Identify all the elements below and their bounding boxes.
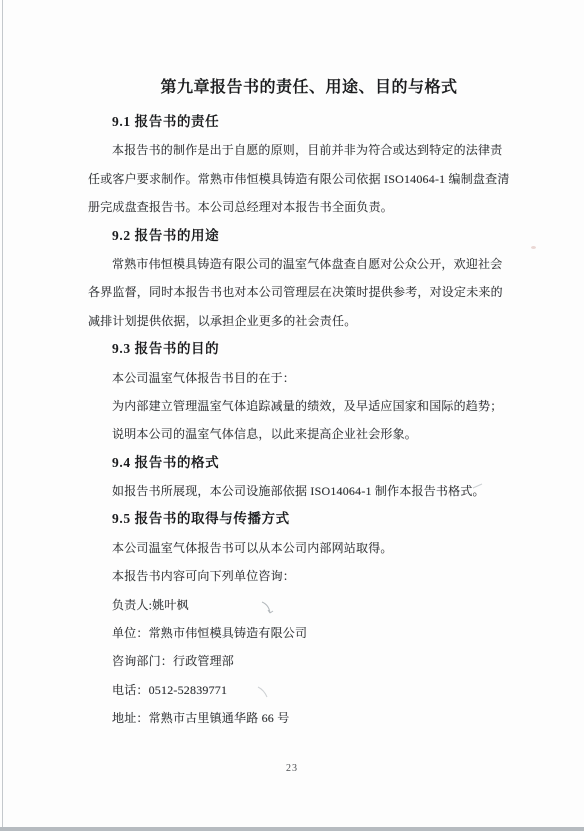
page-number: 23 (0, 763, 584, 774)
body-line: 本报告书内容可向下列单位咨询： (88, 562, 502, 590)
section-report-responsibility: 9.1 报告书的责任 本报告书的制作是出于自愿的原则，目前并非为符合或达到特定的… (88, 108, 502, 222)
contact-address-line: 地址：常熟市古里镇通华路 66 号 (88, 704, 502, 732)
body-line: 本公司温室气体报告书可以从本公司内部网站取得。 (88, 534, 502, 562)
section-heading-9-5: 9.5 报告书的取得与传播方式 (88, 505, 502, 533)
body-line: 为内部建立管理温室气体追踪减量的绩效，及早适应国家和国际的趋势； (88, 392, 502, 420)
scan-left-edge (2, 0, 3, 831)
section-heading-9-4: 9.4 报告书的格式 (88, 449, 502, 477)
section-report-purpose: 9.3 报告书的目的 本公司温室气体报告书目的在于： 为内部建立管理温室气体追踪… (88, 335, 502, 449)
body-line: 任或客户要求制作。常熟市伟恒模具铸造有限公司依据 ISO14064-1 编制盘查… (88, 165, 502, 193)
section-heading-9-2: 9.2 报告书的用途 (88, 222, 502, 250)
body-line: 说明本公司的温室气体信息，以此来提高企业社会形象。 (88, 420, 502, 448)
contact-company-line: 单位：常熟市伟恒模具铸造有限公司 (88, 619, 502, 647)
body-line: 各界监督，同时本报告书也对本公司管理层在决策时提供参考，对设定未来的 (88, 278, 502, 306)
section-heading-9-1: 9.1 报告书的责任 (88, 108, 502, 136)
section-report-format: 9.4 报告书的格式 如报告书所展现，本公司设施部依据 ISO14064-1 制… (88, 449, 502, 506)
body-line: 减排计划提供依据，以承担企业更多的社会责任。 (88, 307, 502, 335)
contact-person-line: 负责人:姚叶枫 (88, 591, 502, 619)
section-report-use: 9.2 报告书的用途 常熟市伟恒模具铸造有限公司的温室气体盘查自愿对公众公开，欢… (88, 222, 502, 336)
section-report-access: 9.5 报告书的取得与传播方式 本公司温室气体报告书可以从本公司内部网站取得。 … (88, 505, 502, 732)
contact-department-line: 咨询部门：行政管理部 (88, 647, 502, 675)
chapter-title: 第九章报告书的责任、用途、目的与格式 (102, 76, 516, 100)
body-line: 常熟市伟恒模具铸造有限公司的温室气体盘查自愿对公众公开，欢迎社会 (88, 250, 502, 278)
document-content: 第九章报告书的责任、用途、目的与格式 9.1 报告书的责任 本报告书的制作是出于… (88, 76, 502, 733)
body-line: 册完成盘查报告书。本公司总经理对本报告书全面负责。 (88, 193, 502, 221)
body-line: 本报告书的制作是出于自愿的原则，目前并非为符合或达到特定的法律责 (88, 136, 502, 164)
body-line: 如报告书所展现，本公司设施部依据 ISO14064-1 制作本报告书格式。 (88, 477, 502, 505)
scan-artifact-smudge (531, 246, 536, 249)
body-line: 本公司温室气体报告书目的在于： (88, 364, 502, 392)
scan-bottom-edge (0, 827, 584, 831)
contact-phone-line: 电话：0512-52839771 (88, 676, 502, 704)
section-heading-9-3: 9.3 报告书的目的 (88, 335, 502, 363)
